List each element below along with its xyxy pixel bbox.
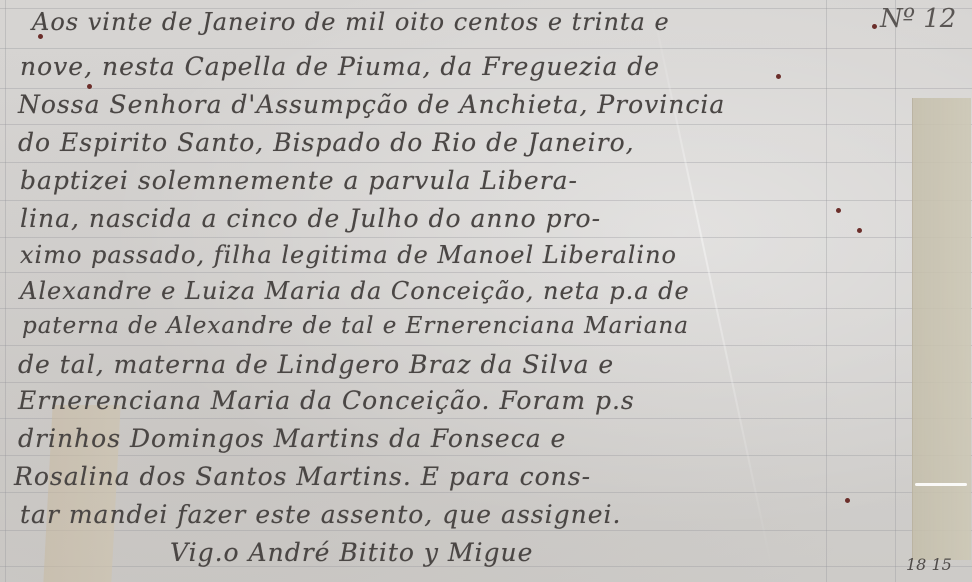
margin-line	[826, 0, 827, 582]
ink-spot	[38, 34, 43, 39]
margin-line	[895, 0, 896, 582]
text-line-5: baptizei solemnemente a parvula Libera-	[20, 166, 578, 195]
text-line-3: Nossa Senhora d'Assumpção de Anchieta, P…	[18, 90, 725, 119]
text-line-6: lina, nascida a cinco de Julho do anno p…	[20, 204, 601, 233]
text-line-13: Rosalina dos Santos Martins. E para cons…	[14, 462, 591, 491]
text-line-2: nove, nesta Capella de Piuma, da Freguez…	[20, 52, 660, 81]
ink-spot	[776, 74, 781, 79]
text-line-4: do Espirito Santo, Bispado do Rio de Jan…	[18, 128, 635, 157]
ink-spot	[857, 228, 862, 233]
tape-glare	[915, 483, 967, 486]
bottom-partial-text: 18 15	[906, 555, 952, 574]
text-line-9: paterna de Alexandre de tal e Ernerencia…	[22, 313, 689, 339]
margin-line	[5, 0, 6, 582]
text-line-1: Aos vinte de Janeiro de mil oito centos …	[32, 8, 670, 36]
text-line-11: Ernerenciana Maria da Conceição. Foram p…	[18, 386, 635, 415]
signature: Vig.o André Bitito y Migue	[170, 538, 533, 567]
text-line-12: drinhos Domingos Martins da Fonseca e	[18, 424, 566, 453]
ink-spot	[845, 498, 850, 503]
ink-spot	[836, 208, 841, 213]
text-line-14: tar mandei fazer este assento, que assig…	[20, 500, 621, 529]
document-photo: Nº 12 Aos vinte de Janeiro de mil oito c…	[0, 0, 972, 582]
tape-strip-right	[912, 98, 971, 560]
text-line-10: de tal, materna de Lindgero Braz da Silv…	[18, 350, 614, 379]
text-line-8: Alexandre e Luiza Maria da Conceição, ne…	[20, 277, 690, 305]
entry-number: Nº 12	[880, 4, 956, 34]
ink-spot	[872, 24, 877, 29]
text-line-7: ximo passado, filha legitima de Manoel L…	[20, 241, 677, 269]
ink-spot	[87, 84, 92, 89]
